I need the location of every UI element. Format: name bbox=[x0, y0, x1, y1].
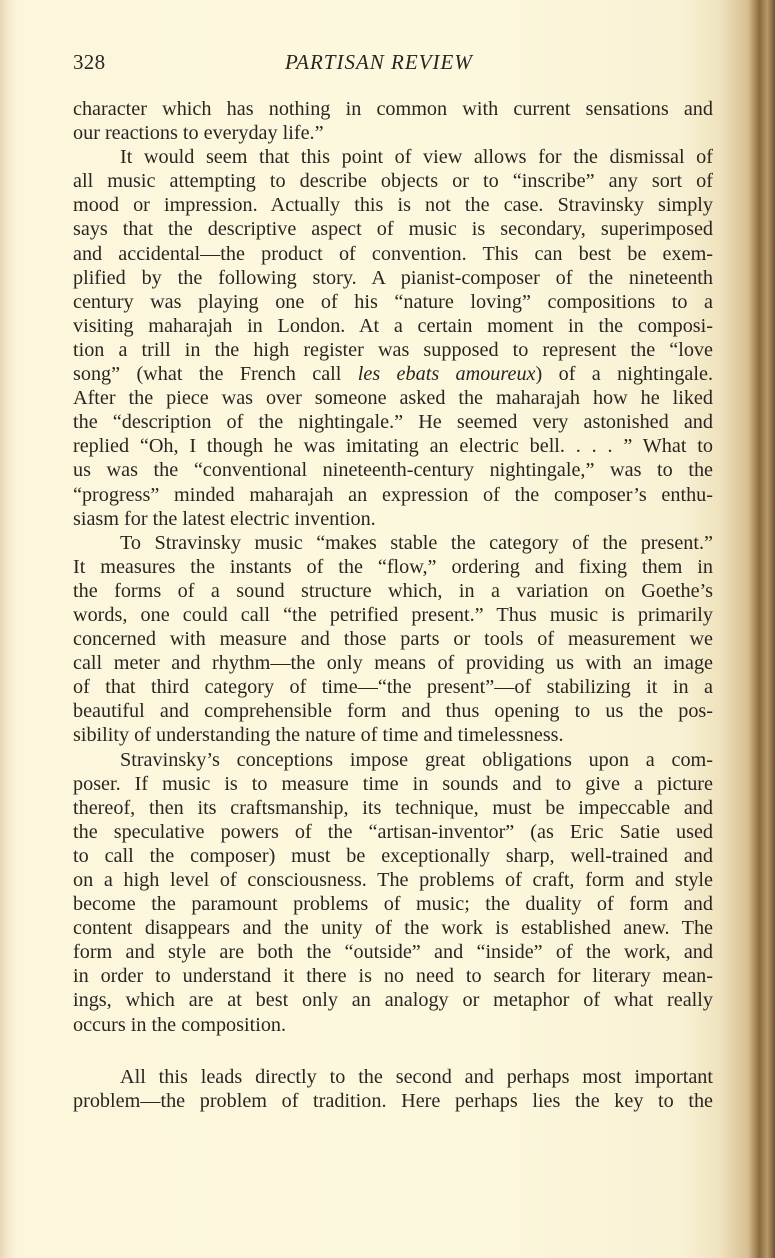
scanned-page: 328 PARTISAN REVIEW character which has … bbox=[0, 0, 775, 1258]
text-line: tion a trill in the high register was su… bbox=[73, 338, 713, 362]
text-line: of that third category of time—“the pres… bbox=[73, 675, 713, 699]
text-line: occurs in the composition. bbox=[73, 1013, 713, 1037]
text-line: us was the “conventional nineteenth-cent… bbox=[73, 458, 713, 482]
text-line: sibility of understanding the nature of … bbox=[73, 723, 713, 747]
text-line: and accidental—the product of convention… bbox=[73, 242, 713, 266]
text-line: siasm for the latest electric invention. bbox=[73, 507, 713, 531]
text-line: all music attempting to describe objects… bbox=[73, 169, 713, 193]
text-line: our reactions to everyday life.” bbox=[73, 121, 713, 145]
page-number: 328 bbox=[73, 50, 105, 75]
running-head: PARTISAN REVIEW bbox=[285, 50, 473, 75]
text-line: to call the composer) must be exceptiona… bbox=[73, 844, 713, 868]
text-line: To Stravinsky music “makes stable the ca… bbox=[73, 531, 713, 555]
text-line: After the piece was over someone asked t… bbox=[73, 386, 713, 410]
text-line: poser. If music is to measure time in so… bbox=[73, 772, 713, 796]
text-segment: song” (what the French call bbox=[73, 363, 358, 385]
text-line: says that the descriptive aspect of musi… bbox=[73, 217, 713, 241]
text-line: It would seem that this point of view al… bbox=[73, 145, 713, 169]
text-line: the forms of a sound structure which, in… bbox=[73, 579, 713, 603]
text-line: It measures the instants of the “flow,” … bbox=[73, 555, 713, 579]
italic-phrase: les ebats amoureux bbox=[358, 363, 536, 385]
text-line: Stravinsky’s conceptions impose great ob… bbox=[73, 748, 713, 772]
paragraph: character which has nothing in common wi… bbox=[73, 97, 713, 145]
text-line: All this leads directly to the second an… bbox=[73, 1065, 713, 1089]
text-line: mood or impression. Actually this is not… bbox=[73, 193, 713, 217]
text-line: plified by the following story. A pianis… bbox=[73, 266, 713, 290]
page-header: 328 PARTISAN REVIEW bbox=[73, 50, 713, 90]
text-line: century was playing one of his “nature l… bbox=[73, 290, 713, 314]
text-line: on a high level of consciousness. The pr… bbox=[73, 868, 713, 892]
text-line: words, one could call “the petrified pre… bbox=[73, 603, 713, 627]
text-line: “progress” minded maharajah an expressio… bbox=[73, 483, 713, 507]
paragraph: To Stravinsky music “makes stable the ca… bbox=[73, 531, 713, 748]
text-line: call meter and rhythm—the only means of … bbox=[73, 651, 713, 675]
text-line: replied “Oh, I though he was imitating a… bbox=[73, 434, 713, 458]
text-line: character which has nothing in common wi… bbox=[73, 97, 713, 121]
text-segment: ) of a nightingale. bbox=[536, 363, 713, 385]
text-line: become the paramount problems of music; … bbox=[73, 892, 713, 916]
text-line: beautiful and comprehensible form and th… bbox=[73, 699, 713, 723]
text-line: the “description of the nightingale.” He… bbox=[73, 410, 713, 434]
body-text: character which has nothing in common wi… bbox=[73, 97, 713, 1113]
paragraph: All this leads directly to the second an… bbox=[73, 1065, 713, 1113]
text-line-with-italic: song” (what the French call les ebats am… bbox=[73, 362, 713, 386]
text-line: thereof, then its craftsmanship, its tec… bbox=[73, 796, 713, 820]
text-line: in order to understand it there is no ne… bbox=[73, 964, 713, 988]
paragraph: It would seem that this point of view al… bbox=[73, 145, 713, 531]
section-break bbox=[73, 1037, 713, 1065]
text-line: visiting maharajah in London. At a certa… bbox=[73, 314, 713, 338]
text-line: the speculative powers of the “artisan-i… bbox=[73, 820, 713, 844]
paragraph: Stravinsky’s conceptions impose great ob… bbox=[73, 748, 713, 1037]
text-line: ings, which are at best only an analogy … bbox=[73, 988, 713, 1012]
text-line: content disappears and the unity of the … bbox=[73, 916, 713, 940]
text-line: form and style are both the “outside” an… bbox=[73, 940, 713, 964]
text-line: problem—the problem of tradition. Here p… bbox=[73, 1089, 713, 1113]
text-line: concerned with measure and those parts o… bbox=[73, 627, 713, 651]
